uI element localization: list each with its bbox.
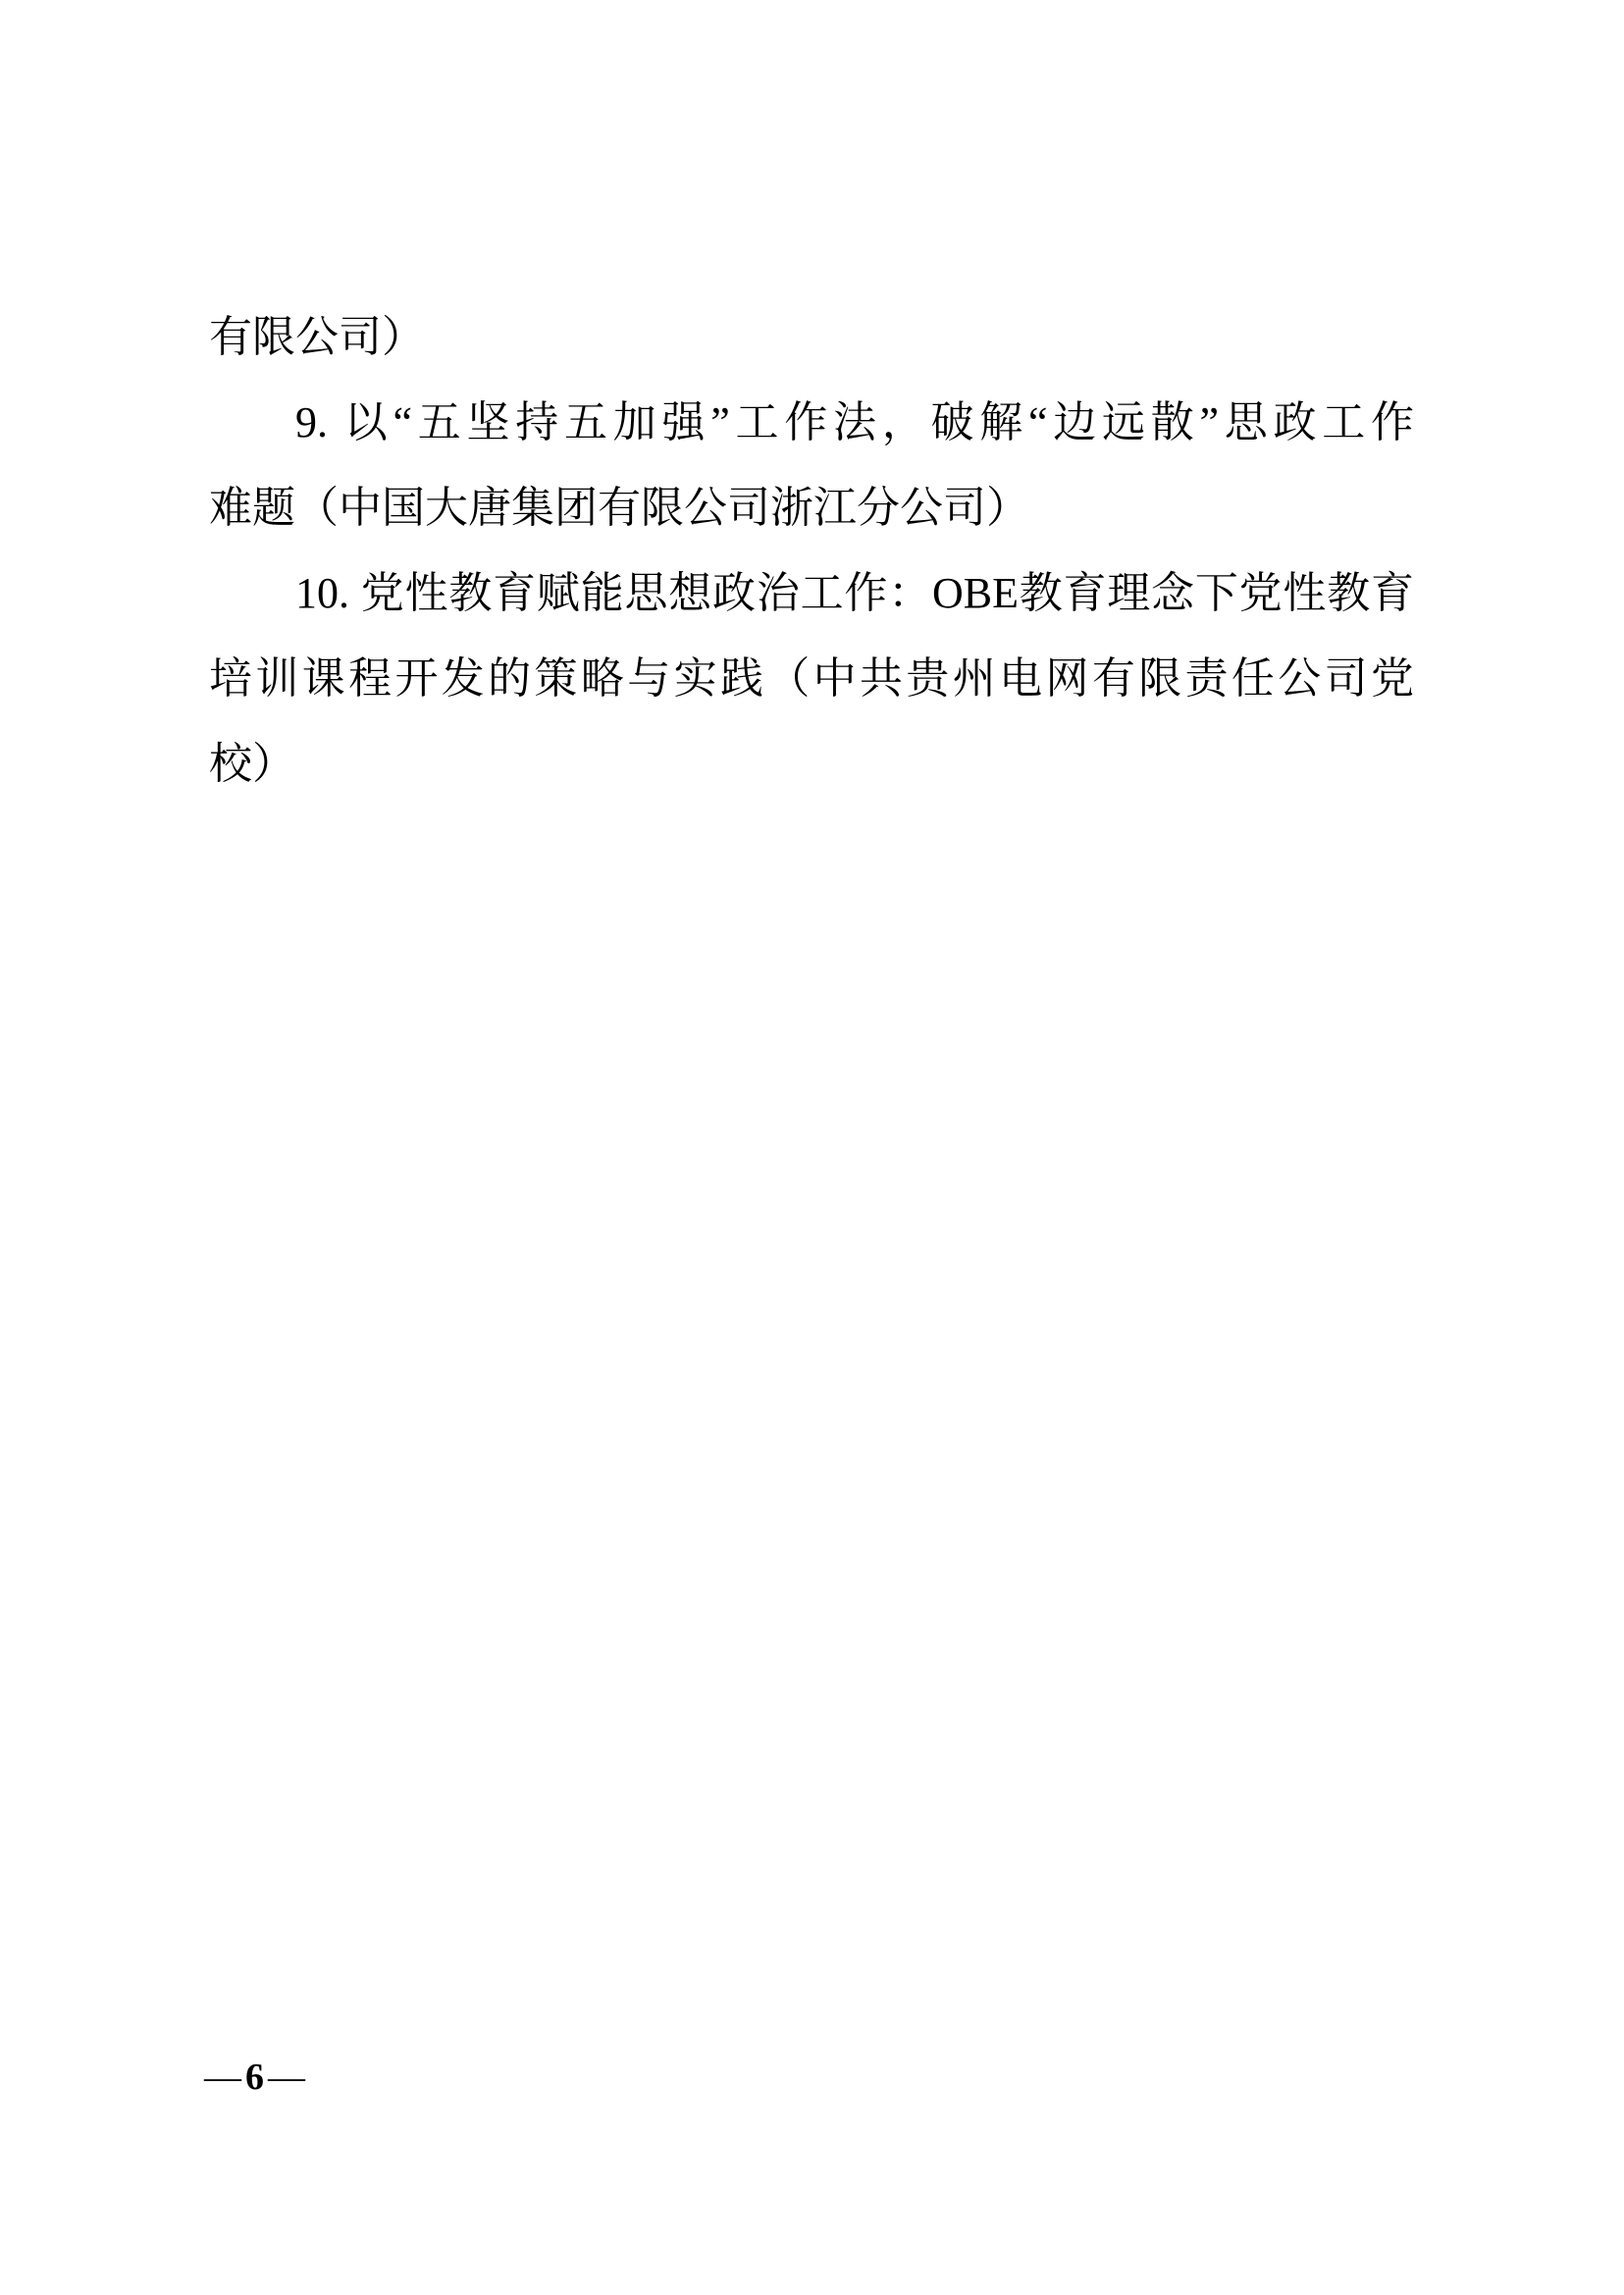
list-item-10-line-3: 校） bbox=[209, 721, 1414, 807]
page-number-right-dash: — bbox=[268, 2057, 303, 2098]
page-number: —6— bbox=[204, 2057, 303, 2098]
paragraph-continuation-line: 有限公司） bbox=[209, 294, 1414, 380]
page-number-value: 6 bbox=[239, 2057, 268, 2098]
list-item-10-line-2: 培训课程开发的策略与实践（中共贵州电网有限责任公司党 bbox=[209, 636, 1414, 721]
document-page: 有限公司） 9. 以“五坚持五加强”工作法，破解“边远散”思政工作 难题（中国大… bbox=[0, 0, 1624, 2295]
list-item-10-line-1: 10. 党性教育赋能思想政治工作：OBE教育理念下党性教育 bbox=[209, 550, 1414, 636]
page-number-left-dash: — bbox=[204, 2057, 239, 2098]
list-item-9-line-1: 9. 以“五坚持五加强”工作法，破解“边远散”思政工作 bbox=[209, 380, 1414, 465]
list-item-9-line-2: 难题（中国大唐集团有限公司浙江分公司） bbox=[209, 465, 1414, 550]
document-body: 有限公司） 9. 以“五坚持五加强”工作法，破解“边远散”思政工作 难题（中国大… bbox=[209, 294, 1414, 807]
